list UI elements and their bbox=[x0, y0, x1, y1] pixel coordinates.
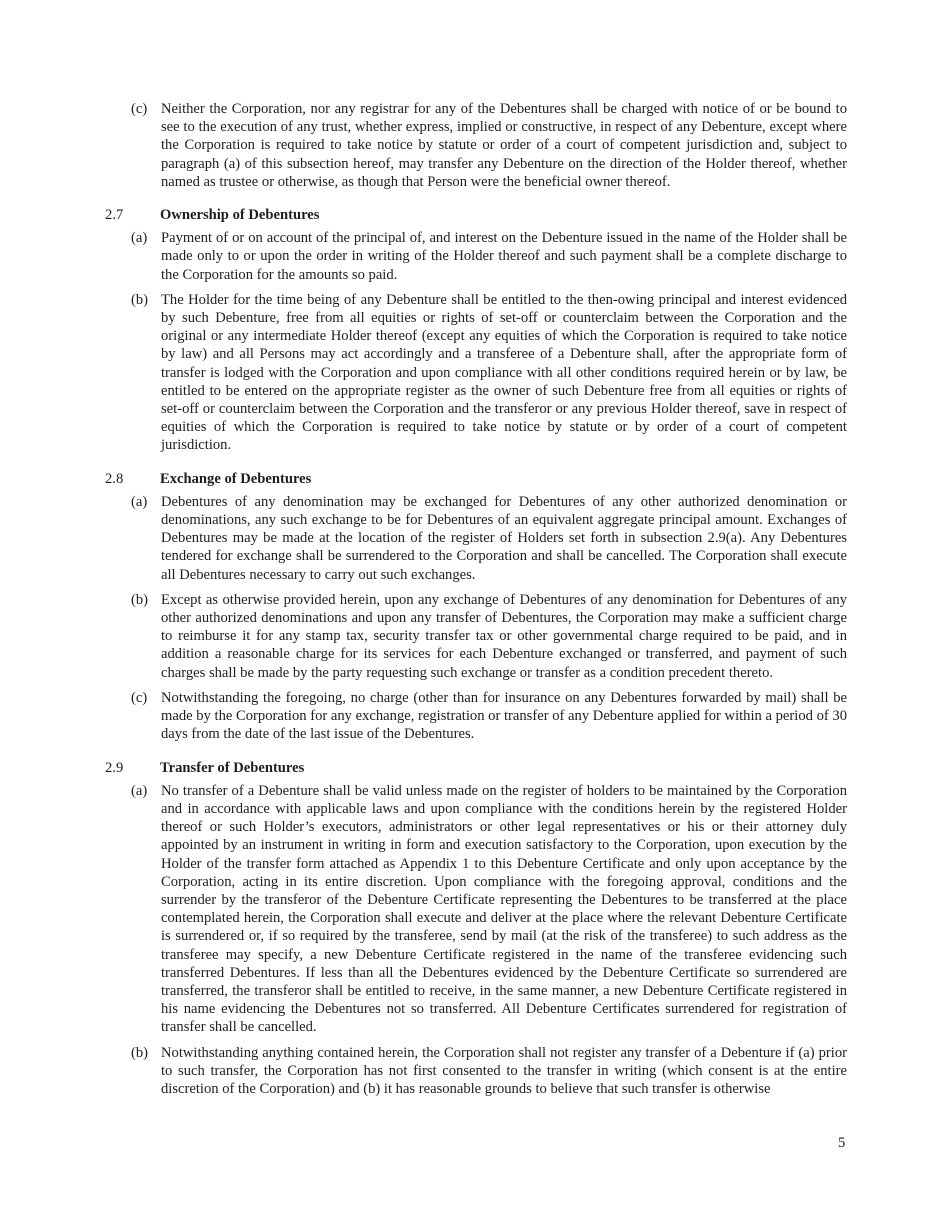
page-number: 5 bbox=[838, 1134, 845, 1152]
paragraph-text: Neither the Corporation, nor any registr… bbox=[161, 100, 847, 191]
paragraph-label: (b) bbox=[131, 291, 161, 455]
section-title: Ownership of Debentures bbox=[160, 206, 319, 224]
section-number: 2.9 bbox=[105, 759, 160, 777]
paragraph-text: Notwithstanding the foregoing, no charge… bbox=[161, 689, 847, 744]
paragraph-2.8b: (b) Except as otherwise provided herein,… bbox=[105, 591, 847, 682]
paragraph-text: Debentures of any denomination may be ex… bbox=[161, 493, 847, 584]
paragraph-2.8a: (a) Debentures of any denomination may b… bbox=[105, 493, 847, 584]
section-heading-2.8: 2.8 Exchange of Debentures bbox=[105, 470, 847, 488]
paragraph-label: (a) bbox=[131, 229, 161, 284]
document-page: (c) Neither the Corporation, nor any reg… bbox=[0, 0, 934, 1208]
section-number: 2.7 bbox=[105, 206, 160, 224]
paragraph-label: (c) bbox=[131, 100, 161, 191]
section-heading-2.7: 2.7 Ownership of Debentures bbox=[105, 206, 847, 224]
paragraph-2.9b: (b) Notwithstanding anything contained h… bbox=[105, 1044, 847, 1099]
paragraph-text: The Holder for the time being of any Deb… bbox=[161, 291, 847, 455]
paragraph-2.6c: (c) Neither the Corporation, nor any reg… bbox=[105, 100, 847, 191]
paragraph-2.7a: (a) Payment of or on account of the prin… bbox=[105, 229, 847, 284]
section-heading-2.9: 2.9 Transfer of Debentures bbox=[105, 759, 847, 777]
paragraph-label: (b) bbox=[131, 1044, 161, 1099]
section-number: 2.8 bbox=[105, 470, 160, 488]
paragraph-label: (c) bbox=[131, 689, 161, 744]
paragraph-text: Payment of or on account of the principa… bbox=[161, 229, 847, 284]
section-title: Exchange of Debentures bbox=[160, 470, 311, 488]
paragraph-2.9a: (a) No transfer of a Debenture shall be … bbox=[105, 782, 847, 1037]
document-body: (c) Neither the Corporation, nor any reg… bbox=[105, 100, 847, 1105]
section-title: Transfer of Debentures bbox=[160, 759, 304, 777]
paragraph-label: (a) bbox=[131, 493, 161, 584]
paragraph-label: (b) bbox=[131, 591, 161, 682]
paragraph-2.7b: (b) The Holder for the time being of any… bbox=[105, 291, 847, 455]
paragraph-text: Notwithstanding anything contained herei… bbox=[161, 1044, 847, 1099]
paragraph-text: No transfer of a Debenture shall be vali… bbox=[161, 782, 847, 1037]
paragraph-2.8c: (c) Notwithstanding the foregoing, no ch… bbox=[105, 689, 847, 744]
paragraph-text: Except as otherwise provided herein, upo… bbox=[161, 591, 847, 682]
paragraph-label: (a) bbox=[131, 782, 161, 1037]
